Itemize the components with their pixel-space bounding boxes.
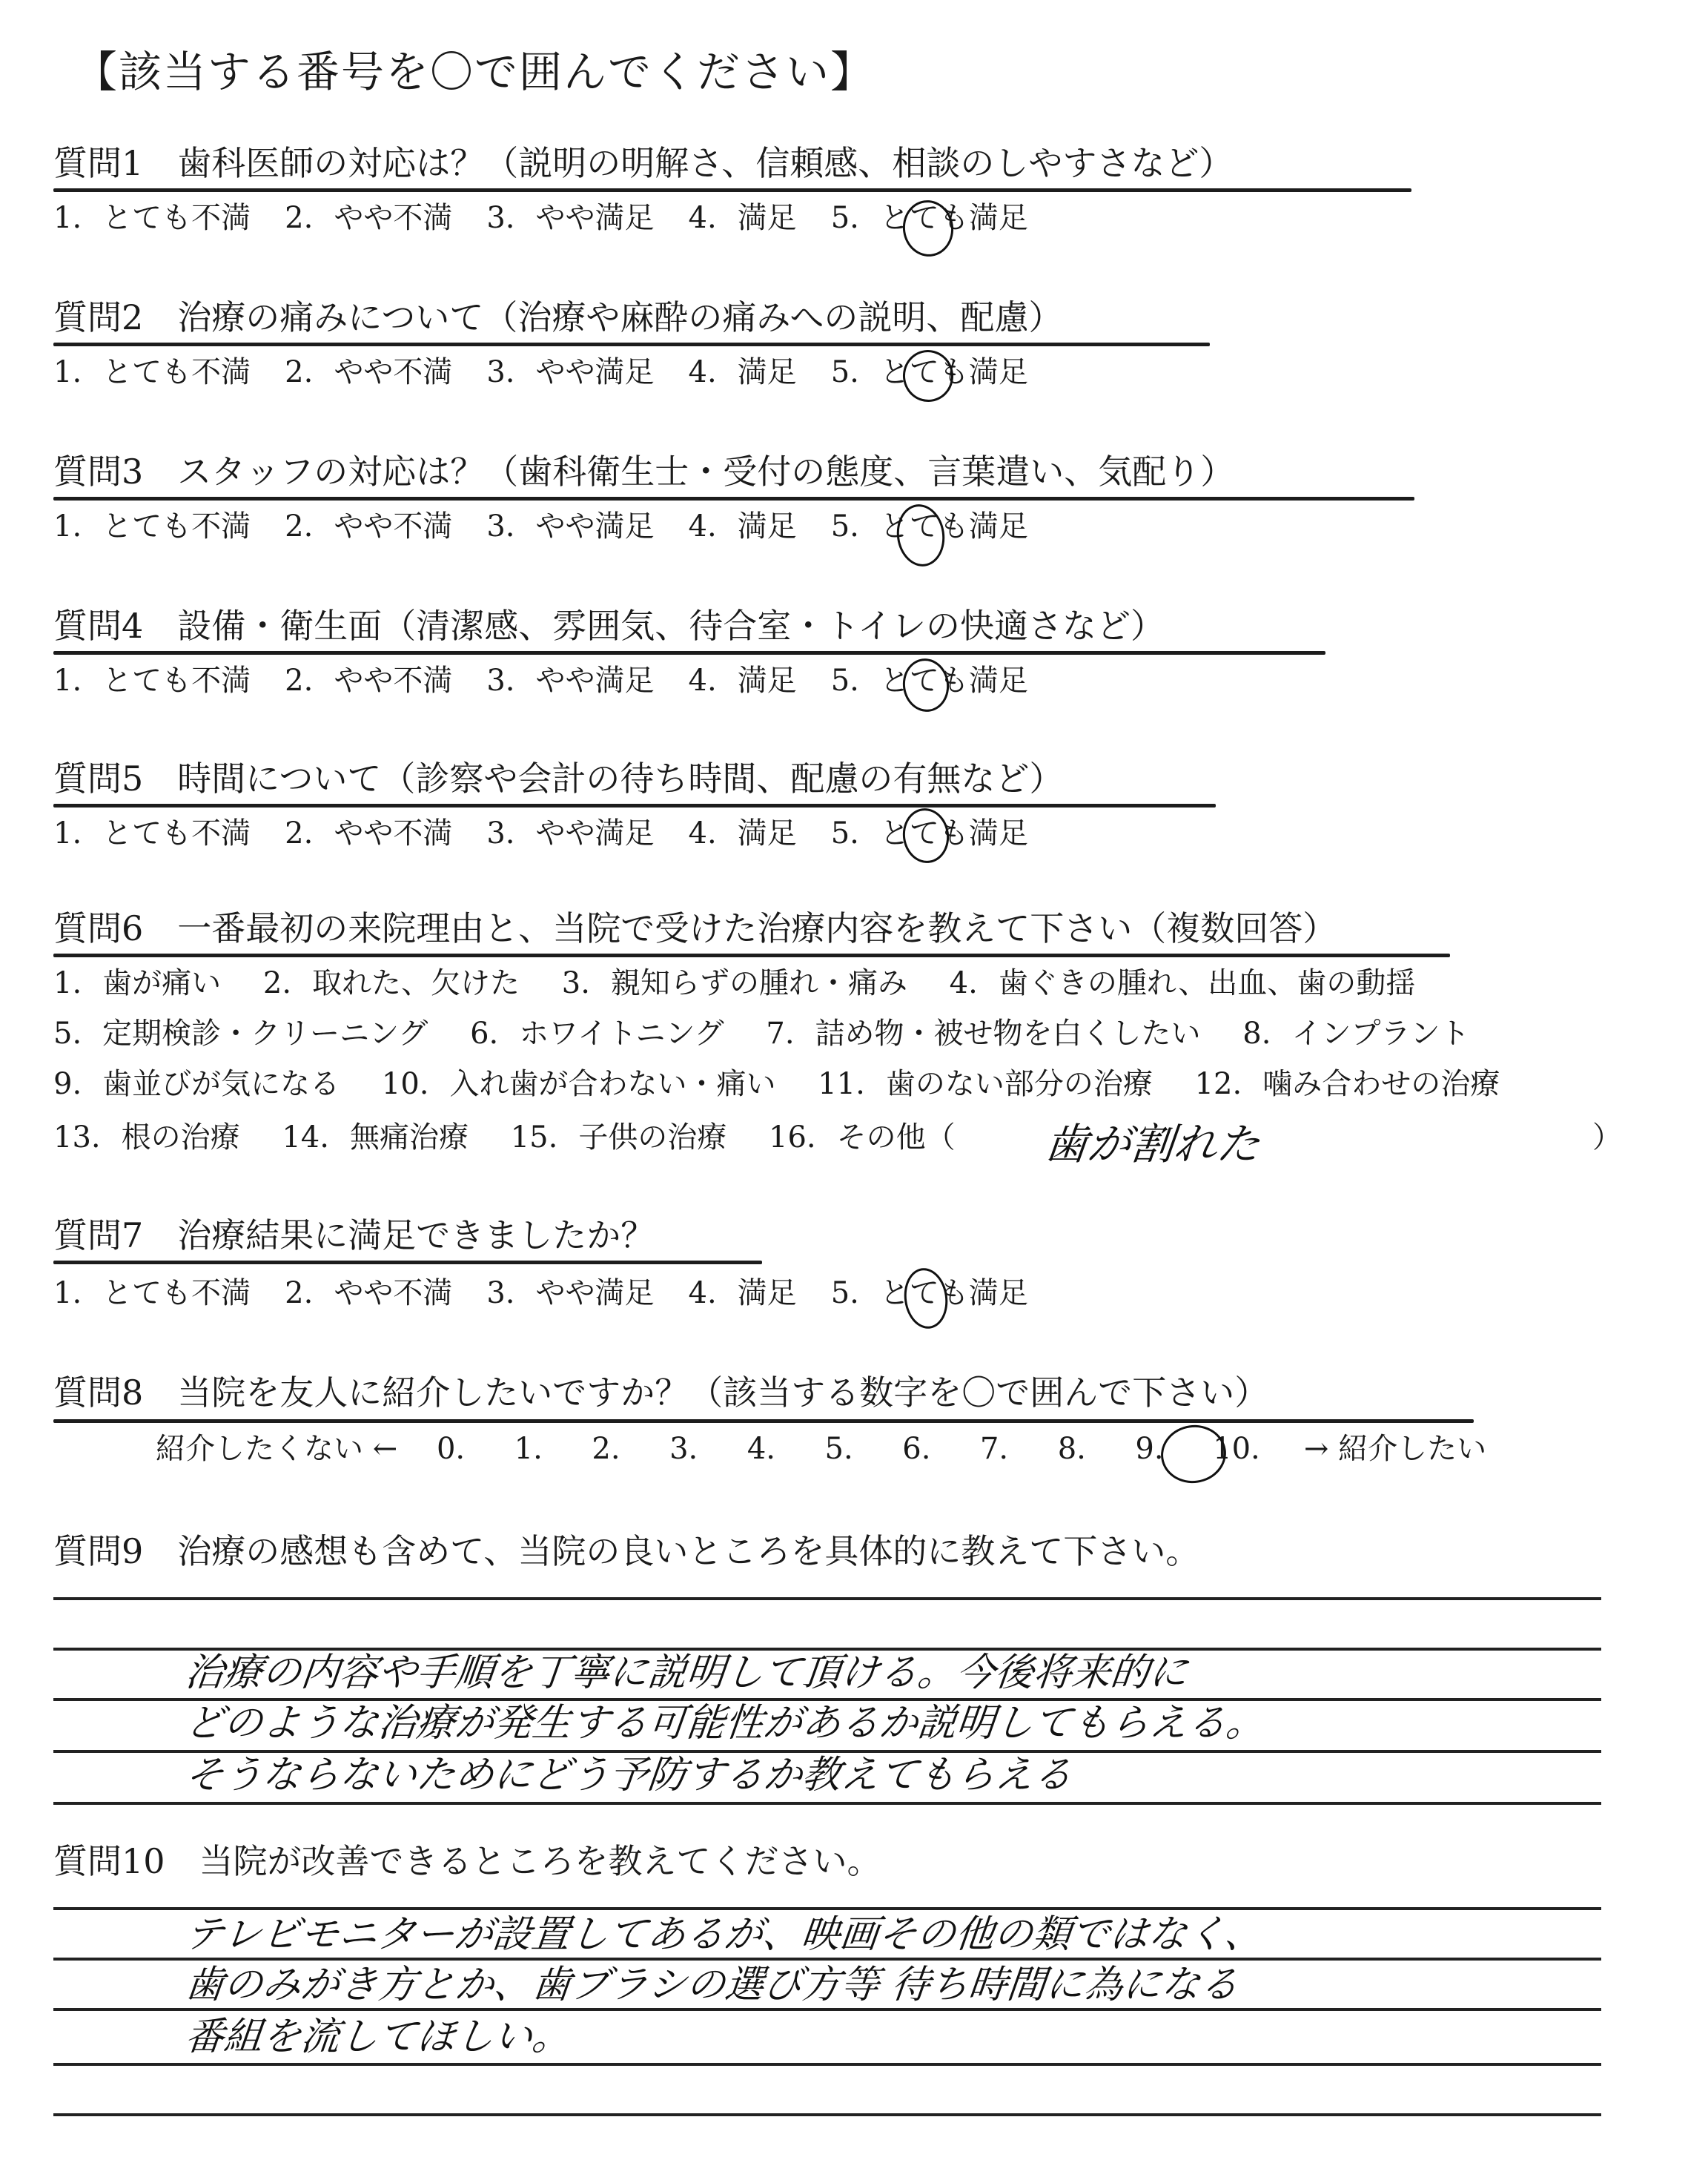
q6-option-10[interactable]: 10.入れ歯が合わない・痛い — [382, 1065, 776, 1103]
q6-option-6[interactable]: 6.ホワイトニング — [470, 1014, 724, 1053]
option-4[interactable]: 4.満足 — [689, 507, 797, 546]
question-3-heading: 質問3 スタッフの対応は？（歯科衛生士・受付の態度、言葉遣い、気配り） — [53, 449, 1234, 494]
page-title: 【該当する番号を〇で囲んでください】 — [74, 37, 875, 99]
divider — [53, 497, 1414, 501]
option-1[interactable]: 1.とても不満 — [53, 353, 251, 392]
q6-option-14[interactable]: 14.無痛治療 — [282, 1118, 469, 1157]
answer-line — [53, 1597, 1601, 1600]
q6-option-12[interactable]: 12.噛み合わせの治療 — [1195, 1065, 1500, 1103]
scale-left-label: 紹介したくない ← — [156, 1430, 397, 1468]
option-4[interactable]: 4.満足 — [689, 199, 797, 237]
scale-0[interactable]: 0. — [437, 1430, 505, 1468]
answer-line — [53, 1802, 1601, 1805]
answer-line — [53, 1907, 1601, 1910]
question-10-heading: 質問10 当院が改善できるところを教えてください。 — [53, 1839, 881, 1883]
option-2[interactable]: 2.やや不満 — [285, 353, 452, 392]
q6-option-9[interactable]: 9.歯並びが気になる — [53, 1065, 340, 1103]
q9-answer-line-2[interactable]: どのような治療が発生する可能性があるか説明してもらえる。 — [182, 1698, 1267, 1748]
divider — [53, 1419, 1474, 1423]
question-2-heading: 質問2 治療の痛みについて（治療や麻酔の痛みへの説明、配慮） — [53, 295, 1062, 340]
option-2[interactable]: 2.やや不満 — [285, 507, 452, 546]
q6-option-16[interactable]: 16.その他（ — [769, 1118, 956, 1157]
option-3[interactable]: 3.やや満足 — [486, 199, 654, 237]
q10-answer-line-2[interactable]: 歯のみがき方とか、歯ブラシの選び方等 待ち時間に為になる — [183, 1962, 1241, 2008]
q6-option-7[interactable]: 7.詰め物・被せ物を白くしたい — [766, 1014, 1200, 1053]
scale-3[interactable]: 3. — [669, 1430, 738, 1468]
scale-6[interactable]: 6. — [902, 1430, 970, 1468]
question-9-heading: 質問9 治療の感想も含めて、当院の良いところを具体的に教えて下さい。 — [53, 1529, 1199, 1573]
divider — [53, 188, 1411, 192]
divider — [53, 954, 1450, 957]
q10-answer-line-1[interactable]: テレビモニターが設置してあるが、映画その他の類ではなく、 — [183, 1912, 1265, 1958]
q6-option-11[interactable]: 11.歯のない部分の治療 — [818, 1065, 1153, 1103]
option-2[interactable]: 2.やや不満 — [285, 661, 452, 700]
q10-answer-line-3[interactable]: 番組を流してほしい。 — [183, 2014, 574, 2060]
option-1[interactable]: 1.とても不満 — [53, 1274, 251, 1312]
answer-line — [53, 2113, 1601, 2116]
option-1[interactable]: 1.とても不満 — [53, 199, 251, 237]
q6-option-5[interactable]: 5.定期検診・クリーニング — [53, 1014, 428, 1053]
option-3[interactable]: 3.やや満足 — [486, 1274, 654, 1312]
question-5-heading: 質問5 時間について（診察や会計の待ち時間、配慮の有無など） — [53, 756, 1063, 801]
option-2[interactable]: 2.やや不満 — [285, 1274, 452, 1312]
scale-1[interactable]: 1. — [514, 1430, 583, 1468]
scale-2[interactable]: 2. — [592, 1430, 660, 1468]
divider — [53, 651, 1325, 655]
question-6-row-2: 5.定期検診・クリーニング 6.ホワイトニング 7.詰め物・被せ物を白くしたい … — [53, 1014, 1502, 1053]
scale-4[interactable]: 4. — [747, 1430, 815, 1468]
q6-option-8[interactable]: 8.インプラント — [1242, 1014, 1469, 1053]
divider — [53, 1261, 762, 1264]
scale-8[interactable]: 8. — [1058, 1430, 1126, 1468]
answer-line — [53, 1958, 1601, 1961]
q9-answer-line-1[interactable]: 治療の内容や手順を丁寧に説明して頂ける。今後将来的に — [182, 1648, 1190, 1698]
divider — [53, 343, 1210, 346]
q6-option-2[interactable]: 2.取れた、欠けた — [263, 964, 520, 1003]
question-6-row-1: 1.歯が痛い 2.取れた、欠けた 3.親知らずの腫れ・痛み 4.歯ぐきの腫れ、出… — [53, 964, 1448, 1003]
option-2[interactable]: 2.やや不満 — [285, 199, 452, 237]
question-7-heading: 質問7 治療結果に満足できましたか？ — [53, 1213, 655, 1258]
option-3[interactable]: 3.やや満足 — [486, 661, 654, 700]
option-4[interactable]: 4.満足 — [689, 1274, 797, 1312]
option-1[interactable]: 1.とても不満 — [53, 661, 251, 700]
question-8-heading: 質問8 当院を友人に紹介したいですか？（該当する数字を〇で囲んで下さい） — [53, 1370, 1268, 1415]
scale-right-label: → 紹介したい — [1304, 1430, 1486, 1468]
answer-line — [53, 2008, 1601, 2011]
option-4[interactable]: 4.満足 — [689, 814, 797, 853]
option-3[interactable]: 3.やや満足 — [486, 814, 654, 853]
scale-7[interactable]: 7. — [980, 1430, 1048, 1468]
q9-answer-line-3[interactable]: そうならないためにどう予防するか教えてもらえる — [182, 1750, 1074, 1800]
q6-option-15[interactable]: 15.子供の治療 — [511, 1118, 727, 1157]
question-6-row-4: 13.根の治療 14.無痛治療 15.子供の治療 16.その他（ — [53, 1118, 988, 1157]
q6-other-close-paren: ） — [1592, 1118, 1622, 1157]
option-3[interactable]: 3.やや満足 — [486, 353, 654, 392]
scale-5[interactable]: 5. — [825, 1430, 893, 1468]
q6-option-1[interactable]: 1.歯が痛い — [53, 964, 221, 1003]
question-8-scale: 紹介したくない ← 0. 1. 2. 3. 4. 5. 6. 7. 8. 9. … — [156, 1430, 1486, 1468]
question-4-heading: 質問4 設備・衛生面（清潔感、雰囲気、待合室・トイレの快適さなど） — [53, 604, 1165, 648]
option-2[interactable]: 2.やや不満 — [285, 814, 452, 853]
q6-option-4[interactable]: 4.歯ぐきの腫れ、出血、歯の動揺 — [950, 964, 1416, 1003]
option-1[interactable]: 1.とても不満 — [53, 814, 251, 853]
answer-line — [53, 2063, 1601, 2066]
question-6-heading: 質問6 一番最初の来院理由と、当院で受けた治療内容を教えて下さい（複数回答） — [53, 906, 1337, 951]
question-1-heading: 質問1 歯科医師の対応は？（説明の明解さ、信頼感、相談のしやすさなど） — [53, 141, 1233, 185]
q6-option-13[interactable]: 13.根の治療 — [53, 1118, 240, 1157]
question-6-row-3: 9.歯並びが気になる 10.入れ歯が合わない・痛い 11.歯のない部分の治療 1… — [53, 1065, 1532, 1103]
option-4[interactable]: 4.満足 — [689, 661, 797, 700]
divider — [53, 804, 1216, 807]
option-4[interactable]: 4.満足 — [689, 353, 797, 392]
q6-option-3[interactable]: 3.親知らずの腫れ・痛み — [562, 964, 907, 1003]
option-3[interactable]: 3.やや満足 — [486, 507, 654, 546]
option-1[interactable]: 1.とても不満 — [53, 507, 251, 546]
q6-other-answer[interactable]: 歯が割れた — [1042, 1109, 1264, 1172]
